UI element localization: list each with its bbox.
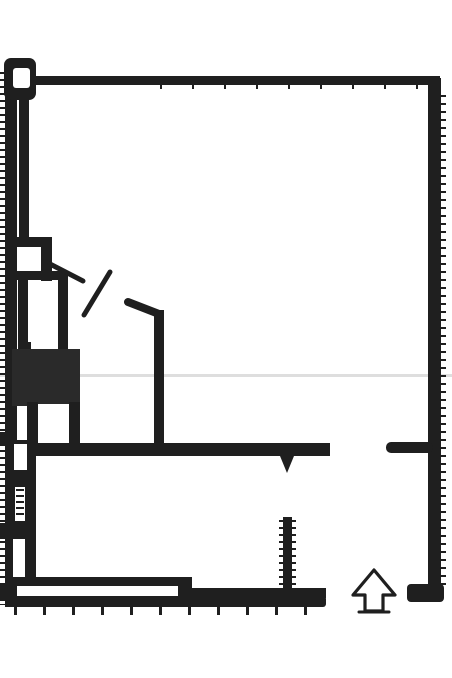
- entrance-arrow: [353, 570, 395, 611]
- floor-plan-scan: [0, 0, 452, 678]
- plan-svg: [0, 0, 452, 678]
- kinked-wall-diagonal: [128, 302, 159, 314]
- plan-line-layer: [0, 0, 452, 678]
- door-leaf-upper: [50, 264, 83, 281]
- door-leaf-lower: [84, 272, 110, 315]
- mid-wall-door-stop: [280, 456, 294, 473]
